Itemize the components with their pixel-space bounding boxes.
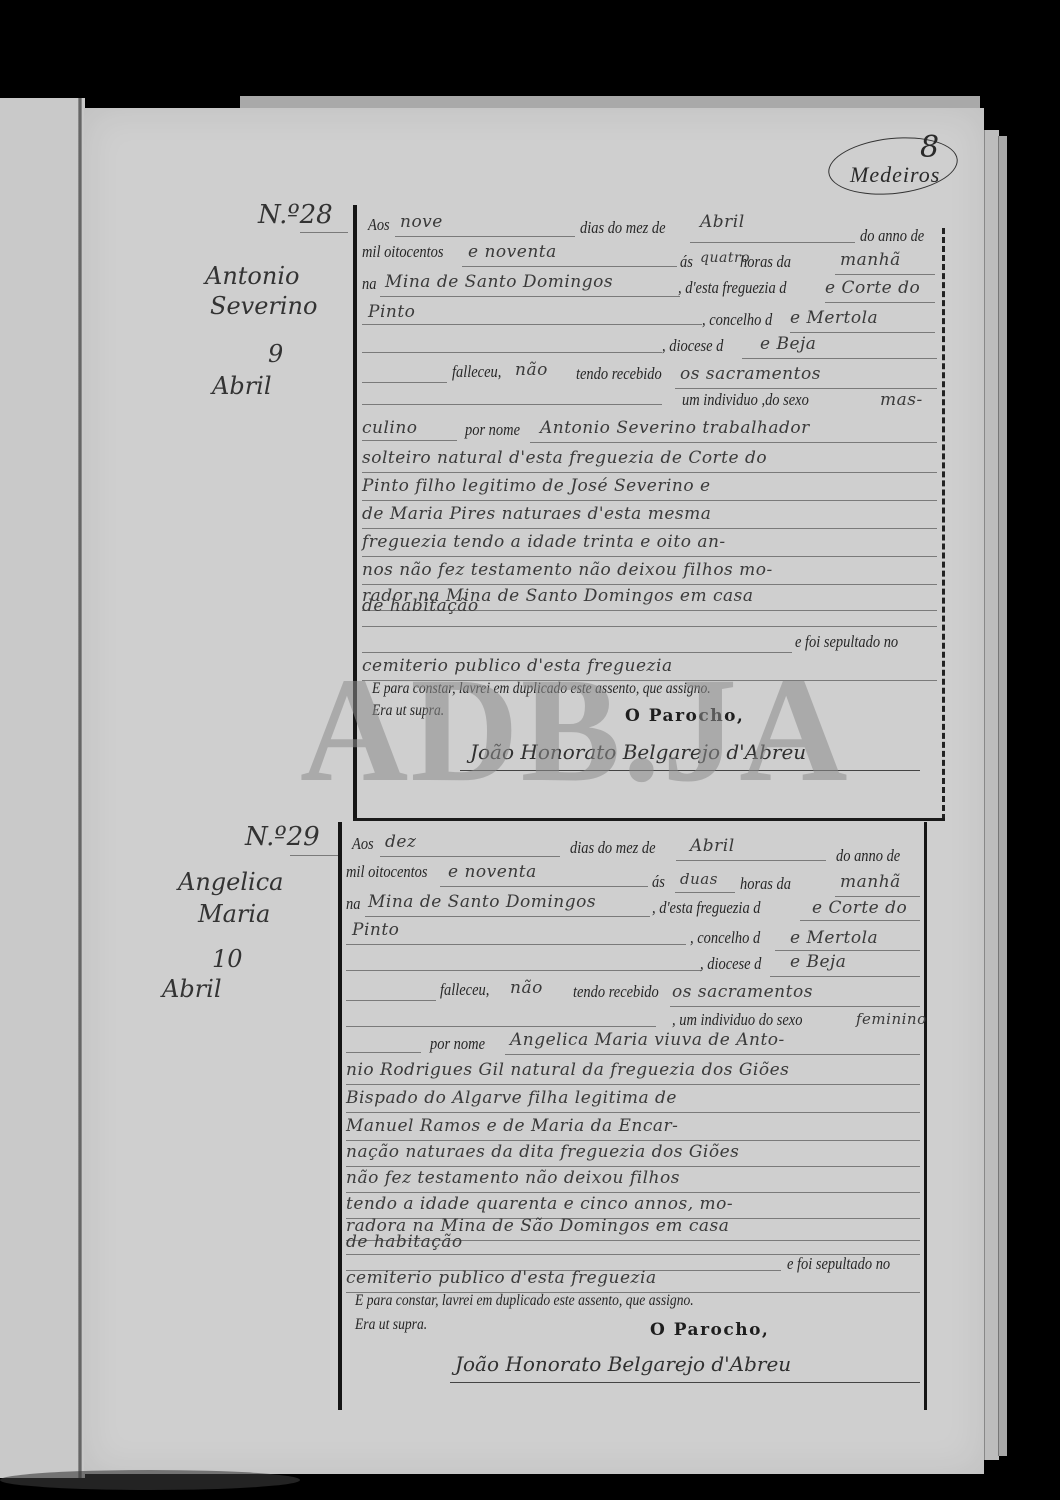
field-municipality: e Mertola bbox=[790, 928, 878, 948]
label-na: na bbox=[346, 894, 360, 914]
narrative-line: tendo a idade quarenta e cinco annos, mo… bbox=[346, 1194, 733, 1214]
book-shadow bbox=[0, 1470, 300, 1490]
label-individuo: um individuo ,do sexo bbox=[682, 390, 809, 410]
rule bbox=[362, 556, 937, 557]
narrative-line: de habitação bbox=[346, 1232, 463, 1252]
rule bbox=[835, 274, 935, 275]
margin-name-line2: Severino bbox=[210, 292, 317, 320]
field-parish-cont: Pinto bbox=[352, 920, 399, 940]
record-separator bbox=[353, 818, 945, 821]
label-concelho: , concelho d bbox=[702, 310, 772, 330]
margin-name-line1: Antonio bbox=[205, 262, 299, 290]
label-tendo-recebido: tendo recebido bbox=[573, 982, 659, 1002]
label-por-nome: por nome bbox=[430, 1034, 485, 1054]
page-edge bbox=[984, 130, 999, 1460]
field-parish: e Corte do bbox=[812, 898, 907, 918]
parocho-label: O Parocho, bbox=[650, 1320, 769, 1340]
field-received-neg: não bbox=[515, 360, 548, 380]
field-diocese: e Beja bbox=[790, 952, 846, 972]
rule bbox=[290, 855, 338, 856]
rule bbox=[675, 892, 735, 893]
field-month: Abril bbox=[700, 212, 745, 232]
parish-priest-signature: João Honorato Belgarejo d'Abreu bbox=[455, 1352, 791, 1376]
archive-watermark: ADB.JA bbox=[300, 655, 850, 805]
narrative-line: Manuel Ramos e de Maria da Encar- bbox=[346, 1116, 678, 1136]
field-day: nove bbox=[400, 212, 443, 232]
field-period: manhã bbox=[840, 250, 901, 270]
narrative-line: solteiro natural d'esta freguezia de Cor… bbox=[362, 448, 767, 468]
rule bbox=[346, 1112, 920, 1113]
field-sex-cont: culino bbox=[362, 418, 418, 438]
book-gutter bbox=[78, 98, 82, 1478]
rule bbox=[462, 266, 677, 267]
record-number: N.º29 bbox=[245, 822, 320, 852]
label-aos: Aos bbox=[368, 215, 390, 235]
rule bbox=[770, 976, 920, 977]
rule bbox=[362, 382, 447, 383]
rule bbox=[675, 388, 937, 389]
rule bbox=[800, 920, 920, 921]
record-number: N.º28 bbox=[258, 200, 333, 230]
rule bbox=[742, 358, 937, 359]
rule bbox=[346, 1166, 920, 1167]
label-horas: horas da bbox=[740, 252, 791, 272]
narrative-line: Pinto filho legitimo de José Severino e bbox=[362, 476, 711, 496]
label-falleceu: falleceu, bbox=[440, 980, 489, 1000]
rule bbox=[346, 970, 701, 971]
label-anno: do anno de bbox=[836, 846, 900, 866]
narrative-line: Bispado do Algarve filha legitima de bbox=[346, 1088, 677, 1108]
rule bbox=[362, 324, 702, 325]
rule bbox=[380, 856, 560, 857]
rule bbox=[825, 302, 935, 303]
label-freguezia: , d'esta freguezia d bbox=[652, 898, 761, 918]
label-mil-oitocentos: mil oitocentos bbox=[346, 862, 427, 882]
rule bbox=[346, 1026, 656, 1027]
field-year: e noventa bbox=[448, 862, 537, 882]
rule bbox=[676, 860, 826, 861]
field-parish-cont: Pinto bbox=[368, 302, 415, 322]
field-period: manhã bbox=[840, 872, 901, 892]
label-as: ás bbox=[652, 872, 665, 892]
margin-day: 10 bbox=[212, 945, 243, 973]
label-diocese: , diocese d bbox=[662, 336, 723, 356]
page-edge bbox=[998, 136, 1007, 1456]
right-frame-rule bbox=[942, 228, 945, 820]
rule bbox=[395, 236, 575, 237]
field-parish: e Corte do bbox=[825, 278, 920, 298]
margin-month: Abril bbox=[212, 372, 272, 400]
margin-name-line2: Maria bbox=[198, 900, 270, 928]
rule bbox=[346, 944, 686, 945]
folio-name: Medeiros bbox=[850, 162, 940, 188]
label-concelho: , concelho d bbox=[690, 928, 760, 948]
field-diocese: e Beja bbox=[760, 334, 816, 354]
narrative-line: Angelica Maria viuva de Anto- bbox=[510, 1030, 785, 1050]
rule bbox=[346, 1052, 421, 1053]
rule bbox=[362, 404, 662, 405]
label-as: ás bbox=[680, 252, 693, 272]
field-day: dez bbox=[385, 832, 416, 852]
label-mil-oitocentos: mil oitocentos bbox=[362, 242, 443, 262]
field-place: Mina de Santo Domingos bbox=[368, 892, 596, 912]
signature-underline bbox=[450, 1382, 920, 1383]
label-dias: dias do mez de bbox=[570, 838, 655, 858]
closing-statement: E para constar, lavrei em duplicado este… bbox=[355, 1292, 694, 1310]
margin-name-line1: Angelica bbox=[178, 868, 283, 896]
rule bbox=[362, 584, 937, 585]
label-por-nome: por nome bbox=[465, 420, 520, 440]
label-freguezia: , d'esta freguezia d bbox=[678, 278, 787, 298]
margin-day: 9 bbox=[268, 340, 283, 368]
narrative-line: de Maria Pires naturaes d'esta mesma bbox=[362, 504, 711, 524]
rule bbox=[440, 886, 648, 887]
rule bbox=[300, 232, 348, 233]
rule bbox=[362, 528, 937, 529]
rule bbox=[346, 1000, 436, 1001]
field-sex: feminino bbox=[856, 1010, 927, 1028]
rule bbox=[362, 352, 662, 353]
narrative-line: não fez testamento não deixou filhos bbox=[346, 1168, 680, 1188]
field-sacraments: os sacramentos bbox=[672, 982, 813, 1002]
left-page bbox=[0, 98, 85, 1478]
narrative-line: freguezia tendo a idade trinta e oito an… bbox=[362, 532, 726, 552]
rule bbox=[670, 1006, 920, 1007]
narrative-line: nos não fez testamento não deixou filhos… bbox=[362, 560, 773, 580]
label-na: na bbox=[362, 274, 376, 294]
rule bbox=[362, 500, 937, 501]
field-municipality: e Mertola bbox=[790, 308, 878, 328]
era-ut-supra: Era ut supra. bbox=[355, 1316, 427, 1334]
field-month: Abril bbox=[690, 836, 735, 856]
label-aos: Aos bbox=[352, 834, 374, 854]
rule bbox=[505, 1054, 920, 1055]
rule bbox=[365, 916, 650, 917]
rule bbox=[380, 296, 680, 297]
rule bbox=[790, 332, 935, 333]
field-place: Mina de Santo Domingos bbox=[385, 272, 613, 292]
label-dias: dias do mez de bbox=[580, 218, 665, 238]
rule bbox=[530, 442, 937, 443]
label-anno: do anno de bbox=[860, 226, 924, 246]
field-year: e noventa bbox=[468, 242, 557, 262]
label-individuo: , um individuo do sexo bbox=[672, 1010, 802, 1030]
rule bbox=[346, 1140, 920, 1141]
label-falleceu: falleceu, bbox=[452, 362, 501, 382]
rule bbox=[362, 626, 937, 627]
rule bbox=[362, 440, 457, 441]
label-horas: horas da bbox=[740, 874, 791, 894]
rule bbox=[346, 1084, 920, 1085]
rule bbox=[690, 242, 855, 243]
field-sacraments: os sacramentos bbox=[680, 364, 821, 384]
field-burial: cemiterio publico d'esta freguezia bbox=[346, 1268, 657, 1288]
rule bbox=[362, 472, 937, 473]
label-tendo-recebido: tendo recebido bbox=[576, 364, 662, 384]
narrative-line: nação naturaes da dita freguezia dos Giõ… bbox=[346, 1142, 739, 1162]
right-frame-rule bbox=[924, 822, 927, 1410]
left-frame-rule bbox=[338, 822, 342, 1410]
field-received-neg: não bbox=[510, 978, 543, 998]
rule bbox=[835, 896, 920, 897]
rule bbox=[346, 1192, 920, 1193]
narrative-line: de habitação bbox=[362, 596, 479, 616]
narrative-line: Antonio Severino trabalhador bbox=[540, 418, 810, 438]
folio-number: 8 bbox=[920, 130, 939, 165]
field-hour: duas bbox=[680, 870, 718, 888]
label-sepultado: e foi sepultado no bbox=[787, 1254, 890, 1274]
label-diocese: , diocese d bbox=[700, 954, 761, 974]
rule bbox=[775, 950, 920, 951]
margin-month: Abril bbox=[162, 975, 222, 1003]
narrative-line: nio Rodrigues Gil natural da freguezia d… bbox=[346, 1060, 789, 1080]
field-sex: mas- bbox=[880, 390, 923, 410]
